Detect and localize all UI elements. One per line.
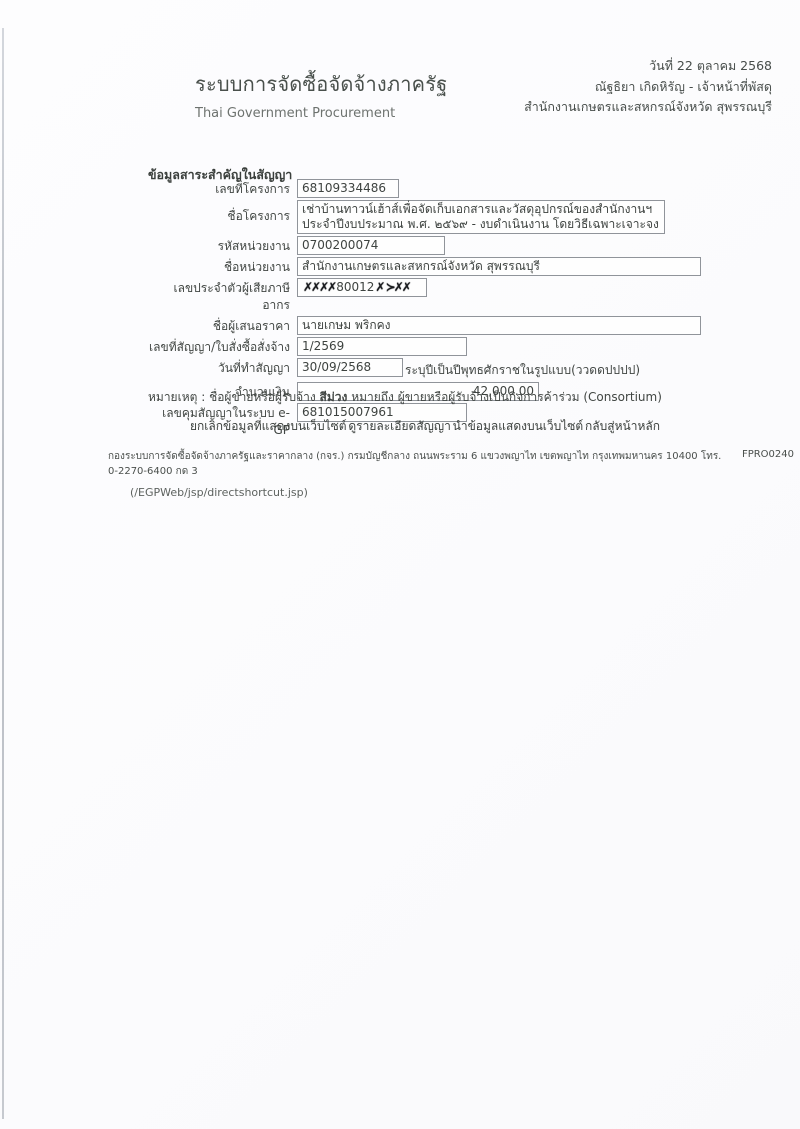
form-row-project-name: ชื่อโครงการ เช่าบ้านทาวน์เฮ้าส์เพื่อจัดเ… (148, 200, 708, 234)
form-row-agency-code: รหัสหน่วยงาน 0700200074 (148, 236, 708, 255)
officer-name: ณัฐธิยา เกิดหิรัญ - เจ้าหน้าที่พัสดุ (524, 77, 772, 98)
form-row-contract-number: เลขที่สัญญา/ใบสั่งซื้อสั่งจ้าง 1/2569 (148, 337, 708, 356)
app-title-thai: ระบบการจัดซื้อจัดจ้างภาครัฐ (195, 68, 447, 100)
project-number-input[interactable]: 68109334486 (297, 179, 399, 198)
publish-web-display-link[interactable]: นำข้อมูลแสดงบนเว็บไซต์ (453, 417, 584, 436)
header-user-info: วันที่ 22 ตุลาคม 2568 ณัฐธิยา เกิดหิรัญ … (524, 56, 772, 118)
view-contract-detail-link[interactable]: ดูรายละเอียดสัญญา (348, 417, 450, 436)
tax-id-redaction-left: ✗✗✗✗ (303, 280, 335, 294)
contract-date-format-note: ระบุปีเป็นปีพุทธศักราชในรูปแบบ(ววดดปปปป) (405, 358, 640, 380)
footer-address: กองระบบการจัดซื้อจัดจ้างภาครัฐและราคากลา… (108, 449, 724, 479)
project-number-label: เลขที่โครงการ (148, 179, 297, 198)
cancel-web-display-link[interactable]: ยกเลิกข้อมูลที่แสดงบนเว็บไซต์ (190, 417, 347, 436)
footer: กองระบบการจัดซื้อจัดจ้างภาครัฐและราคากลา… (108, 449, 794, 479)
agency-code-input[interactable]: 0700200074 (297, 236, 445, 255)
app-title-english: Thai Government Procurement (195, 106, 395, 121)
agency-name-input[interactable]: สำนักงานเกษตรและสหกรณ์จังหวัด สุพรรณบุรี (297, 257, 701, 276)
contract-date-label: วันที่ทำสัญญา (148, 358, 297, 377)
form-row-project-number: เลขที่โครงการ 68109334486 (148, 179, 708, 198)
tax-id-input[interactable]: ✗✗✗✗80012✗ ≻✗✗ (297, 278, 427, 297)
form-row-bidder-name: ชื่อผู้เสนอราคา นายเกษม พริกคง (148, 316, 708, 335)
print-url-artifact: (/EGPWeb/jsp/directshortcut.jsp) (130, 486, 308, 499)
tax-id-label: เลขประจำตัวผู้เสียภาษีอากร (148, 278, 297, 314)
consortium-note-prefix: หมายเหตุ : ชื่อผู้ขายหรือผู้รับจ้าง (148, 390, 320, 404)
agency-name-label: ชื่อหน่วยงาน (148, 257, 297, 276)
bidder-name-label: ชื่อผู้เสนอราคา (148, 316, 297, 335)
contract-number-label: เลขที่สัญญา/ใบสั่งซื้อสั่งจ้าง (148, 337, 297, 356)
project-name-label: ชื่อโครงการ (148, 200, 297, 225)
project-name-input[interactable]: เช่าบ้านทาวน์เฮ้าส์เพื่อจัดเก็บเอกสารและ… (297, 200, 665, 234)
form-row-tax-id: เลขประจำตัวผู้เสียภาษีอากร ✗✗✗✗80012✗ ≻✗… (148, 278, 708, 314)
consortium-note-purple-word: สีม่วง (320, 390, 348, 404)
form-row-contract-date: วันที่ทำสัญญา 30/09/2568 ระบุปีเป็นปีพุท… (148, 358, 708, 380)
scan-edge-artifact (2, 28, 4, 1119)
scanned-page: ระบบการจัดซื้อจัดจ้างภาครัฐ Thai Governm… (0, 0, 800, 1129)
contract-date-input[interactable]: 30/09/2568 (297, 358, 403, 377)
footer-form-code: FPRO0240 (742, 449, 794, 479)
office-name: สำนักงานเกษตรและสหกรณ์จังหวัด สุพรรณบุรี (524, 97, 772, 118)
tax-id-redaction-right: ✗ ≻✗✗ (375, 280, 409, 294)
back-to-main-link[interactable]: กลับสู่หน้าหลัก (585, 417, 660, 436)
action-links-row: ยกเลิกข้อมูลที่แสดงบนเว็บไซต์ ดูรายละเอี… (190, 417, 660, 436)
agency-code-label: รหัสหน่วยงาน (148, 236, 297, 255)
contract-number-input[interactable]: 1/2569 (297, 337, 467, 356)
tax-id-visible-digits: 80012 (336, 280, 374, 294)
consortium-note: หมายเหตุ : ชื่อผู้ขายหรือผู้รับจ้าง สีม่… (148, 388, 662, 407)
document-date: วันที่ 22 ตุลาคม 2568 (524, 56, 772, 77)
consortium-note-suffix: หมายถึง ผู้ขายหรือผู้รับจ้างเป็นกิจการค้… (347, 390, 662, 404)
bidder-name-input[interactable]: นายเกษม พริกคง (297, 316, 701, 335)
form-row-agency-name: ชื่อหน่วยงาน สำนักงานเกษตรและสหกรณ์จังหว… (148, 257, 708, 276)
